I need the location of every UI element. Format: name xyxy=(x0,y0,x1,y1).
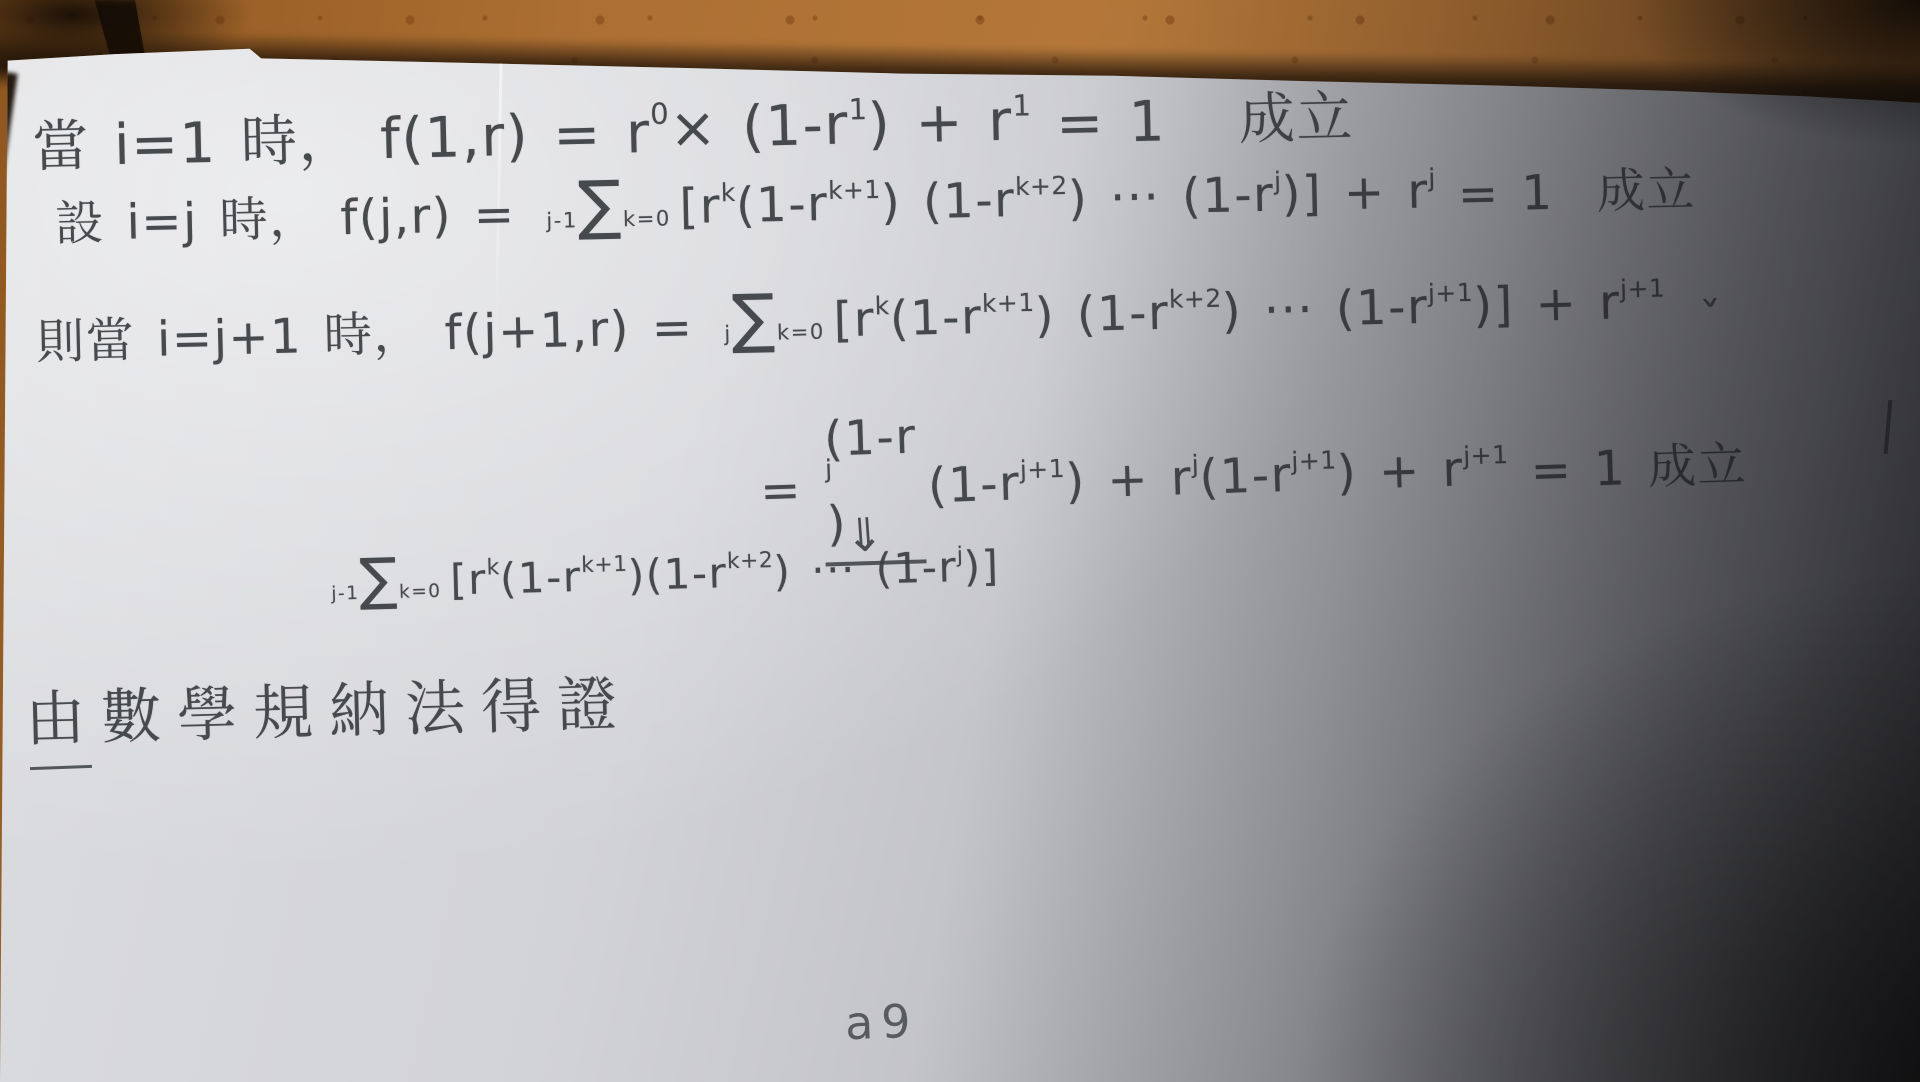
stray-pen-mark xyxy=(1884,400,1893,454)
conclusion-underline xyxy=(30,765,92,770)
check-mark: ˇ xyxy=(1698,291,1726,347)
proof-line-substituted-sum: j-1∑k=0[rk(1-rk+1)(1-rk+2) ··· (1-rj)] xyxy=(321,539,1000,610)
paper-sheet: 當 i=1 時， f(1,r) = r0× (1-r1) + r1 = 1 成立… xyxy=(0,0,1920,1082)
photo-handwritten-induction-proof: 當 i=1 時， f(1,r) = r0× (1-r1) + r1 = 1 成立… xyxy=(0,0,1920,1082)
proof-line-induction-step: 則當 i=j+1 時， f(j+1,r) = j∑k=0[rk(1-rk+1) … xyxy=(35,267,1666,373)
handwriting-layer: 當 i=1 時， f(1,r) = r0× (1-r1) + r1 = 1 成立… xyxy=(0,0,1920,1082)
proof-conclusion: 由數學規納法得證 xyxy=(24,656,634,758)
bottom-corner-mark: a9 xyxy=(844,994,919,1051)
